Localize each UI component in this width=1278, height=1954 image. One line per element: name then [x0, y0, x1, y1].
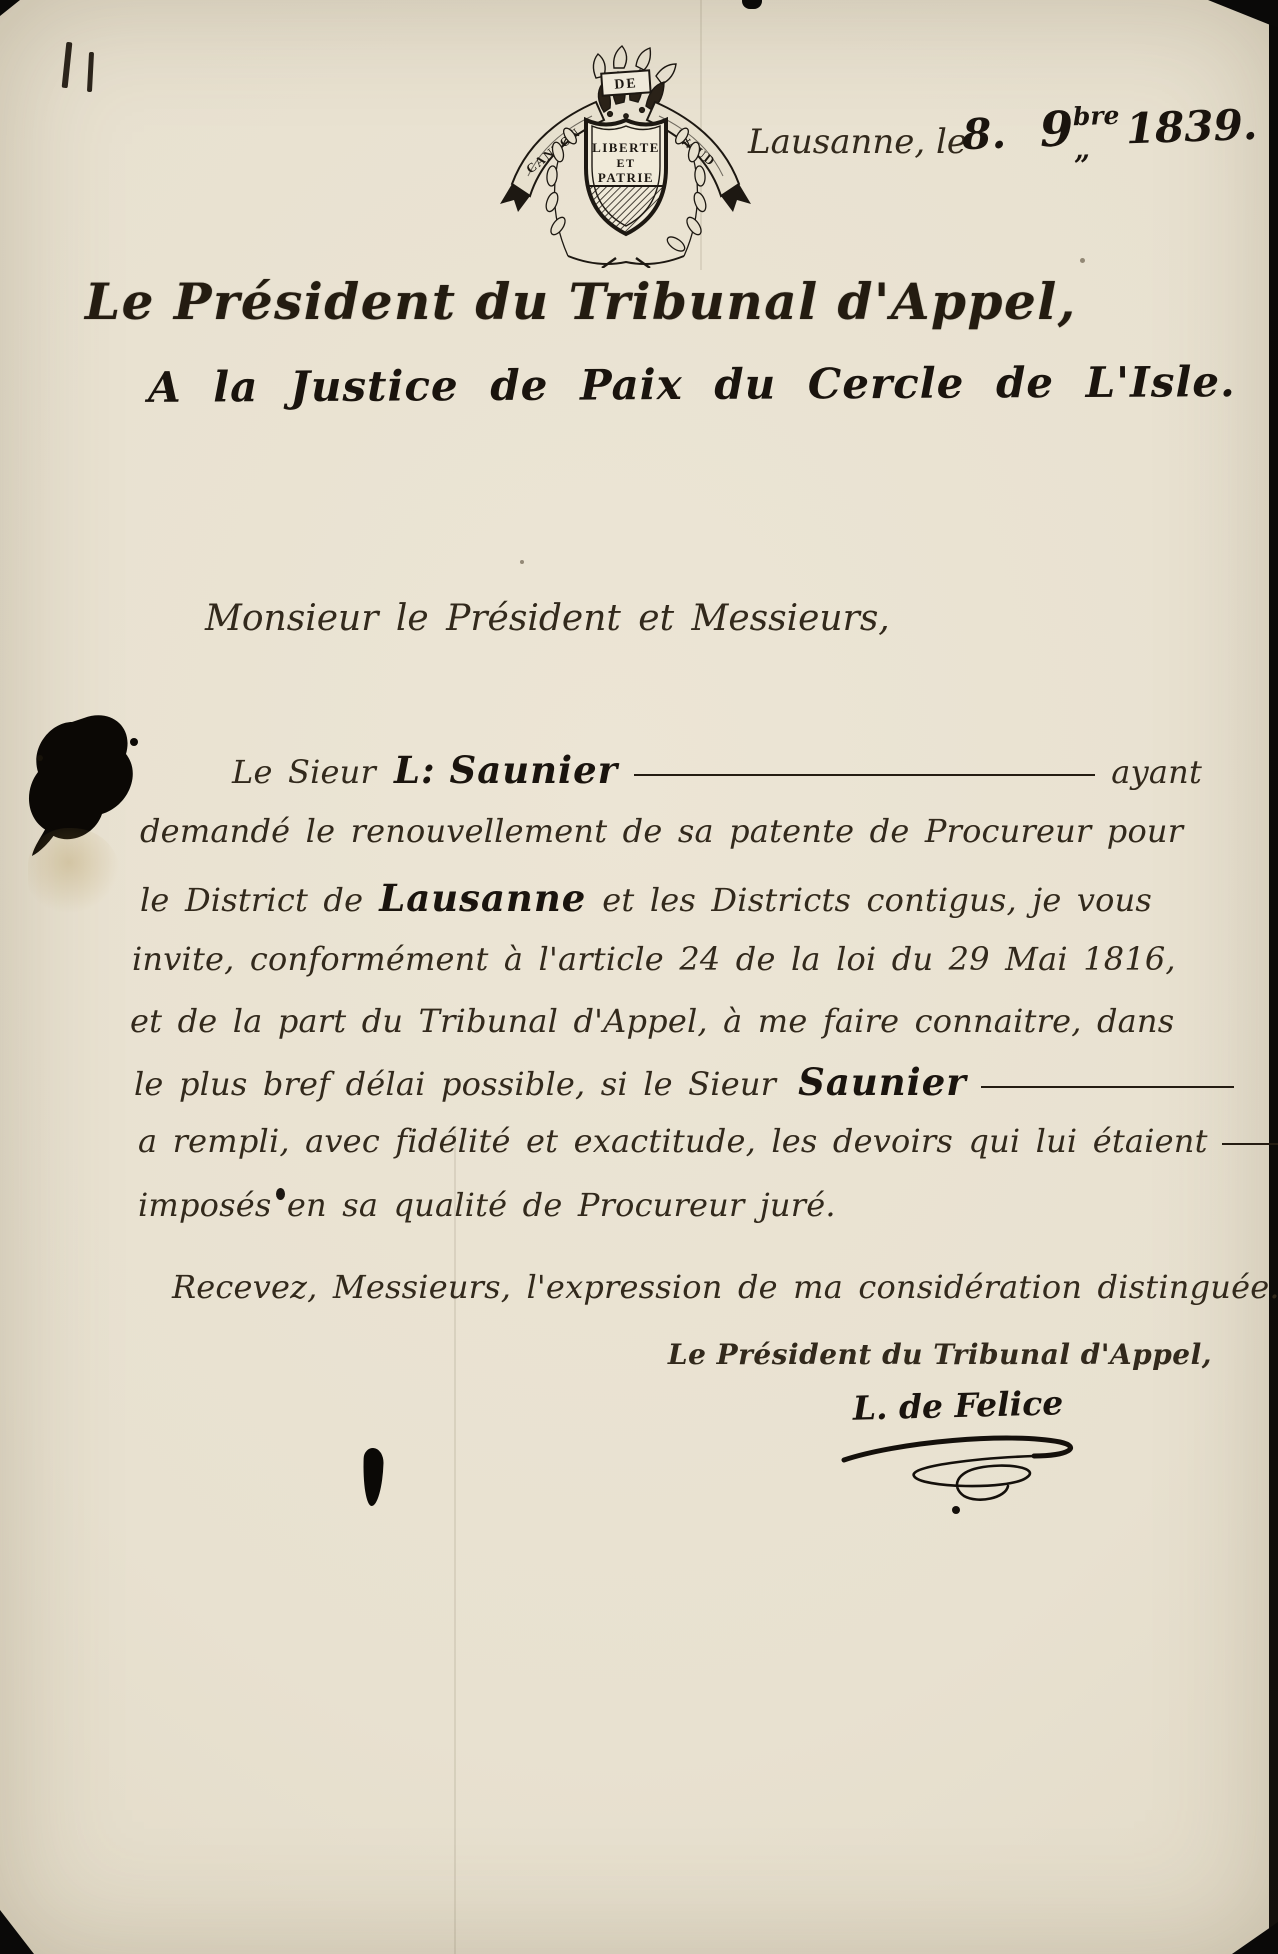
paper-speck: [1080, 258, 1085, 263]
dateline-place-printed: Lausanne, le: [748, 122, 967, 162]
signature-name: L. de Felice: [838, 1383, 1079, 1428]
svg-text:DE: DE: [614, 76, 638, 93]
pen-tick-mark: [87, 52, 94, 92]
fold-crease-vertical: [454, 1130, 456, 1954]
body-line-7: a rempli, avec fidélité et exactitude, l…: [138, 1122, 1278, 1160]
svg-text:ET: ET: [616, 156, 635, 170]
date-year: 1839.: [1125, 100, 1258, 154]
scan-notch-top: [742, 0, 762, 9]
letterhead-title: Le Président du Tribunal d'Appel,: [85, 272, 965, 331]
paper-stain: [28, 828, 120, 914]
addressee-line: A la Justice de Paix du Cercle de L'Isle…: [148, 357, 1236, 412]
svg-text:PATRIE: PATRIE: [598, 170, 654, 185]
body-line-8: imposés en sa qualité de Procureur juré.: [138, 1186, 836, 1224]
body-l3-post: et les Districts contigus, je vous: [602, 881, 1152, 919]
body-l1-printed: Le Sieur: [232, 753, 376, 791]
date-day: 8.: [961, 109, 1007, 160]
body-l6-pre: le plus bref délai possible, si le Sieur: [134, 1065, 776, 1103]
ribbon-de: DE: [601, 70, 650, 95]
body-l1-tail: ayant: [1111, 753, 1202, 791]
body-line-5: et de la part du Tribunal d'Appel, à me …: [130, 1002, 1174, 1040]
ink-blot-drip: [362, 1448, 384, 1507]
body-line-3: le District de Lausanne et les Districts…: [140, 876, 1152, 920]
scan-corner-bottom-right: [1232, 1922, 1278, 1954]
fill-rule-short: [1222, 1141, 1278, 1145]
scan-edge-right: [1269, 0, 1278, 1954]
body-l7-text: a rempli, avec fidélité et exactitude, l…: [138, 1122, 1208, 1160]
fill-rule-line: [634, 772, 1095, 776]
body-line-4: invite, conformément à l'article 24 de l…: [132, 940, 1176, 978]
canton-vaud-coat-of-arms: DE CANTON VAUD: [498, 26, 753, 268]
salutation: Monsieur le Président et Messieurs,: [205, 598, 890, 639]
body-line-9: Recevez, Messieurs, l'expression de ma c…: [172, 1268, 1278, 1306]
scan-corner-top-right: [1208, 0, 1278, 28]
date-month-numeral: 9: [1039, 101, 1074, 158]
dateline-handwritten: 8. 9 bre „ 1839.: [961, 95, 1258, 163]
body-line-2: demandé le renouvellement de sa patente …: [140, 812, 1183, 850]
closing-title: Le Président du Tribunal d'Appel,: [668, 1338, 1212, 1371]
fill-rule-line: [981, 1084, 1234, 1088]
body-line-1: Le Sieur L: Saunier ayant: [232, 748, 1202, 792]
district-fill: Lausanne: [379, 876, 586, 920]
scanned-letter-document: DE CANTON VAUD: [0, 0, 1278, 1954]
signature-flourish: [838, 1426, 1088, 1516]
date-month-suffix: bre „: [1073, 129, 1121, 160]
scan-corner-bottom-left: [0, 1910, 34, 1954]
shield: LIBERTE ET PATRIE: [582, 120, 672, 238]
paper-speck: [520, 560, 524, 564]
procureur-name-fill: L: Saunier: [394, 748, 618, 792]
svg-text:LIBERTE: LIBERTE: [592, 140, 660, 155]
body-l3-pre: le District de: [140, 881, 363, 919]
procureur-name-fill-2: Saunier: [798, 1060, 967, 1104]
body-line-6: le plus bref délai possible, si le Sieur…: [134, 1060, 1234, 1104]
pen-tick-mark: [62, 42, 73, 88]
scan-corner-top-left: [0, 0, 20, 16]
